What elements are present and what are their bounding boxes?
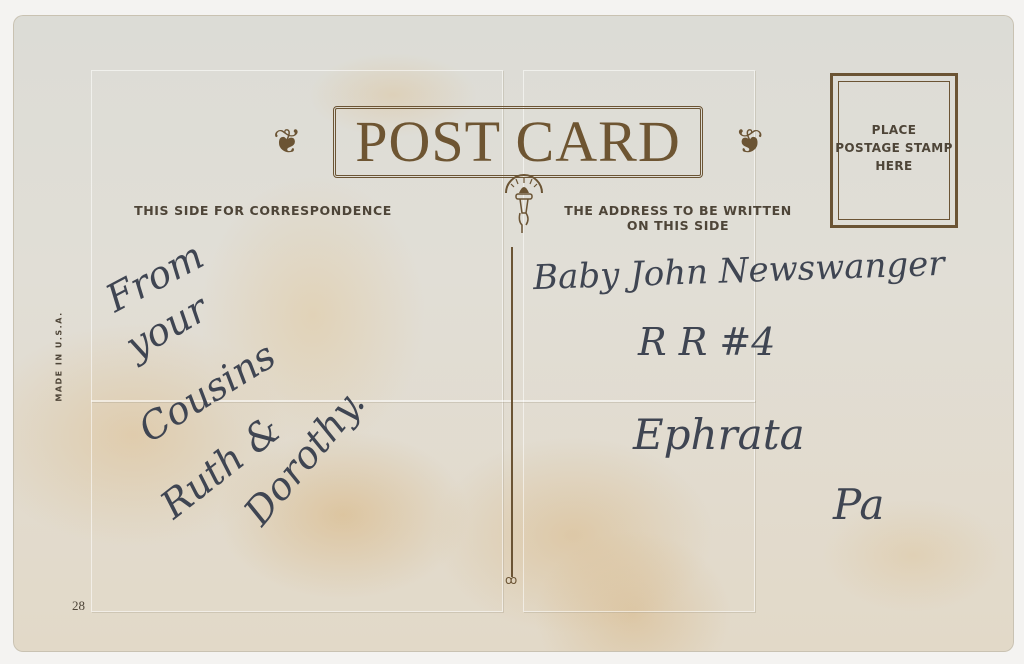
address-city: Ephrata [633, 410, 805, 459]
address-route: R R #4 [638, 320, 775, 364]
post-card-title-frame: ❦ POST CARD ❦ [318, 90, 718, 176]
made-in-usa-label: MADE IN U.S.A. [55, 297, 64, 417]
correspondence-heading: THIS SIDE FOR CORRESPONDENCE [113, 203, 413, 218]
stamp-box: PLACE POSTAGE STAMP HERE [830, 73, 958, 228]
postcard-back: ❦ POST CARD ❦ THIS SIDE FOR CORRESPONDEN… [13, 15, 1014, 652]
left-scroll-ornament-icon: ❦ [273, 122, 302, 162]
card-number: 28 [72, 598, 85, 614]
right-scroll-ornament-icon: ❦ [735, 122, 764, 162]
stamp-line-2: POSTAGE STAMP [833, 139, 955, 157]
address-state: Pa [833, 480, 884, 529]
stamp-line-1: PLACE [833, 121, 955, 139]
torch-icon [502, 171, 546, 241]
divider-end-ornament-icon: ꝏ [505, 573, 517, 587]
center-divider-line [511, 247, 513, 577]
address-heading-line1: THE ADDRESS TO BE WRITTEN [548, 203, 808, 218]
stamp-line-3: HERE [833, 157, 955, 175]
post-card-title: POST CARD [318, 112, 718, 172]
address-heading-line2: ON THIS SIDE [548, 218, 808, 233]
stamp-instructions: PLACE POSTAGE STAMP HERE [833, 121, 955, 175]
